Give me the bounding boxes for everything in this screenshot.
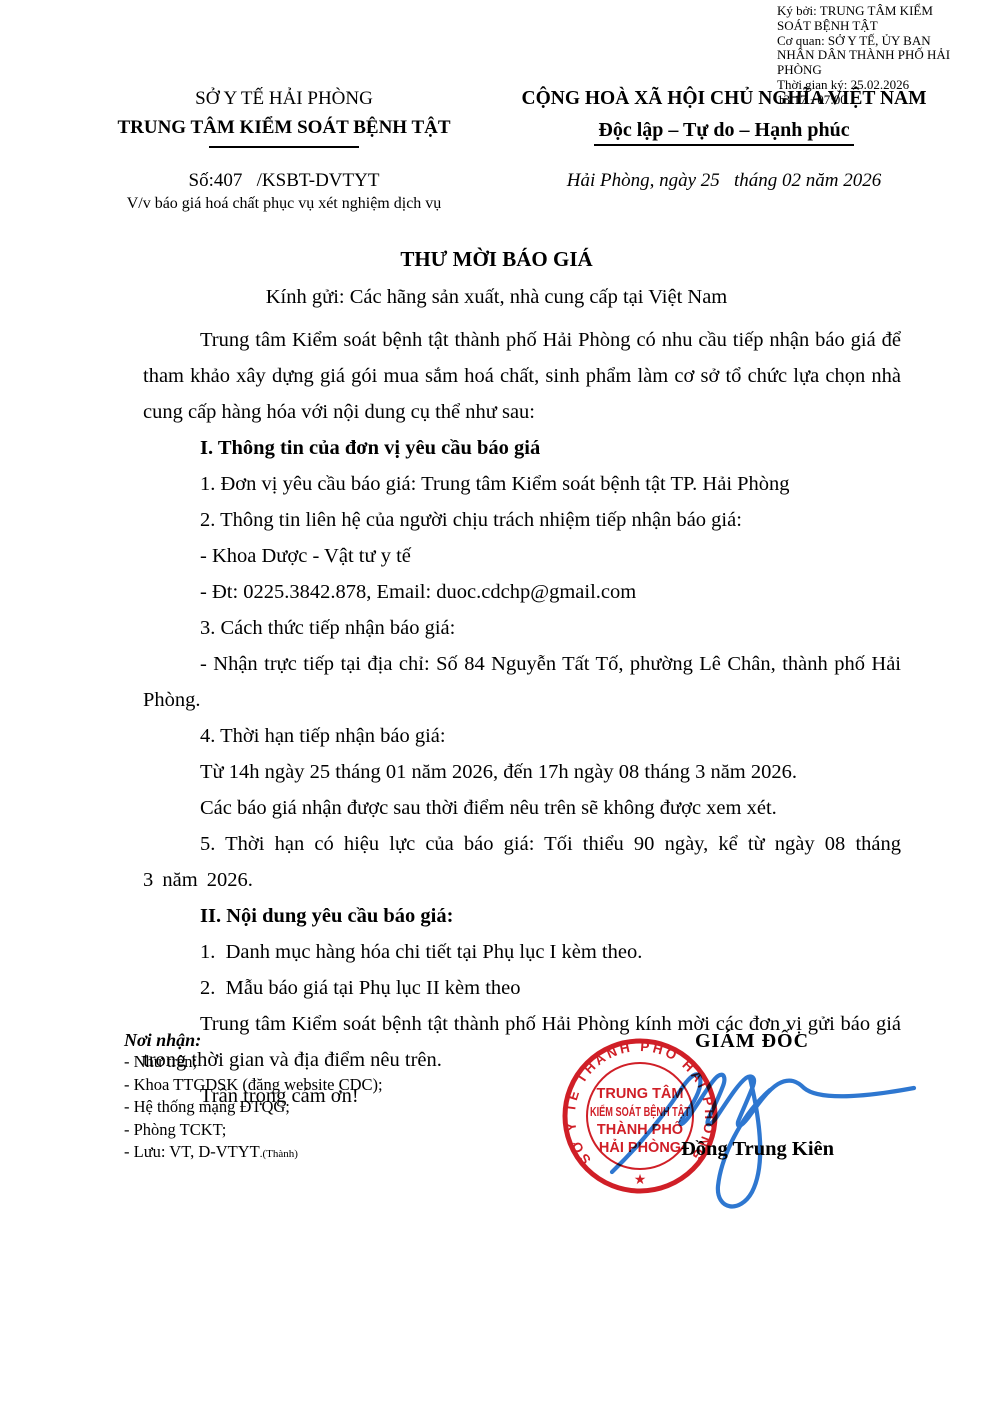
stamp-center-line: TRUNG TÂM: [597, 1084, 684, 1102]
stamp-center-line: THÀNH PHỐ: [597, 1120, 683, 1138]
recipients-label: Nơi nhận:: [124, 1030, 474, 1051]
recipients-block: Nơi nhận: - Như trên; - Khoa TTGDSK (đăn…: [124, 1030, 474, 1166]
section-1-item-3: 3. Cách thức tiếp nhận báo giá:: [143, 610, 901, 646]
section-1-item-5: 5. Thời hạn có hiệu lực của báo giá: Tối…: [143, 826, 901, 898]
section-1-item-2: 2. Thông tin liên hệ của người chịu trác…: [143, 502, 901, 538]
stamp-center-line: HẢI PHÒNG: [599, 1138, 681, 1156]
contact-phone-email: - Đt: 0225.3842.878, Email: duoc.cdchp@g…: [143, 574, 901, 610]
document-subject: V/v báo giá hoá chất phục vụ xét nghiệm …: [68, 195, 500, 213]
recipient-item: - Khoa TTGDSK (đăng website CDC);: [124, 1074, 474, 1097]
date-line: Hải Phòng, ngày 25 tháng 02 năm 2026: [498, 170, 950, 192]
document-body: Trung tâm Kiểm soát bệnh tật thành phố H…: [143, 322, 901, 1114]
digital-signature-line: Cơ quan: SỞ Y TẾ, ỦY BAN: [777, 34, 992, 49]
header-left-rule: [209, 146, 359, 148]
digital-signature-line: NHÂN DÂN THÀNH PHỐ HẢI: [777, 48, 992, 63]
recipient-item: - Phòng TCKT;: [124, 1119, 474, 1142]
signature-stroke-descender: [718, 1078, 770, 1206]
stamp-center-line: KIỂM SOÁT BỆNH TẬT: [590, 1104, 690, 1119]
salutation: Kính gửi: Các hãng sản xuất, nhà cung cấ…: [0, 286, 993, 309]
page-title: THƯ MỜI BÁO GIÁ: [0, 247, 993, 272]
national-motto-line2: Độc lập – Tự do – Hạnh phúc: [594, 119, 853, 146]
digital-signature-line: PHÒNG: [777, 63, 992, 78]
contact-department: - Khoa Dược - Vật tư y tế: [143, 538, 901, 574]
header-left: SỞ Y TẾ HẢI PHÒNG TRUNG TÂM KIỂM SOÁT BỆ…: [68, 88, 500, 213]
digital-signature-line: Ký bởi: TRUNG TÂM KIỂM: [777, 4, 992, 19]
official-stamp-icon: SỞ Y TẾ THÀNH PHỐ HẢI PHÒNG TRUNG TÂM KI…: [560, 1036, 720, 1196]
department-name: SỞ Y TẾ HẢI PHÒNG: [68, 88, 500, 110]
section-1-heading: I. Thông tin của đơn vị yêu cầu báo giá: [143, 430, 901, 466]
recipient-item: - Hệ thống mạng ĐTQG;: [124, 1096, 474, 1119]
deadline-range: Từ 14h ngày 25 tháng 01 năm 2026, đến 17…: [143, 754, 901, 790]
national-motto-line1: CỘNG HOÀ XÃ HỘI CHỦ NGHĨA VIỆT NAM: [498, 88, 950, 110]
receive-address: - Nhận trực tiếp tại địa chỉ: Số 84 Nguy…: [143, 646, 901, 718]
late-note: Các báo giá nhận được sau thời điểm nêu …: [143, 790, 901, 826]
section-1-item-4: 4. Thời hạn tiếp nhận báo giá:: [143, 718, 901, 754]
organization-name: TRUNG TÂM KIỂM SOÁT BỆNH TẬT: [68, 117, 500, 139]
document-page: Ký bởi: TRUNG TÂM KIỂM SOÁT BỆNH TẬT Cơ …: [0, 0, 993, 1404]
section-2-item-2: 2. Mẫu báo giá tại Phụ lục II kèm theo: [143, 970, 901, 1006]
paragraph-intro: Trung tâm Kiểm soát bệnh tật thành phố H…: [143, 322, 901, 430]
stamp-star-icon: ★: [634, 1171, 647, 1187]
recipient-item: - Như trên;: [124, 1051, 474, 1074]
section-2-heading: II. Nội dung yêu cầu báo giá:: [143, 898, 901, 934]
recipient-note: .(Thành): [260, 1148, 298, 1160]
section-2-item-1: 1. Danh mục hàng hóa chi tiết tại Phụ lụ…: [143, 934, 901, 970]
digital-signature-line: SOÁT BỆNH TẬT: [777, 19, 992, 34]
document-number: Số:407 /KSBT-DVTYT: [68, 170, 500, 192]
header-right: CỘNG HOÀ XÃ HỘI CHỦ NGHĨA VIỆT NAM Độc l…: [498, 88, 950, 192]
section-1-item-1: 1. Đơn vị yêu cầu báo giá: Trung tâm Kiể…: [143, 466, 901, 502]
recipient-item: - Lưu: VT, D-VTYT.(Thành): [124, 1141, 474, 1166]
